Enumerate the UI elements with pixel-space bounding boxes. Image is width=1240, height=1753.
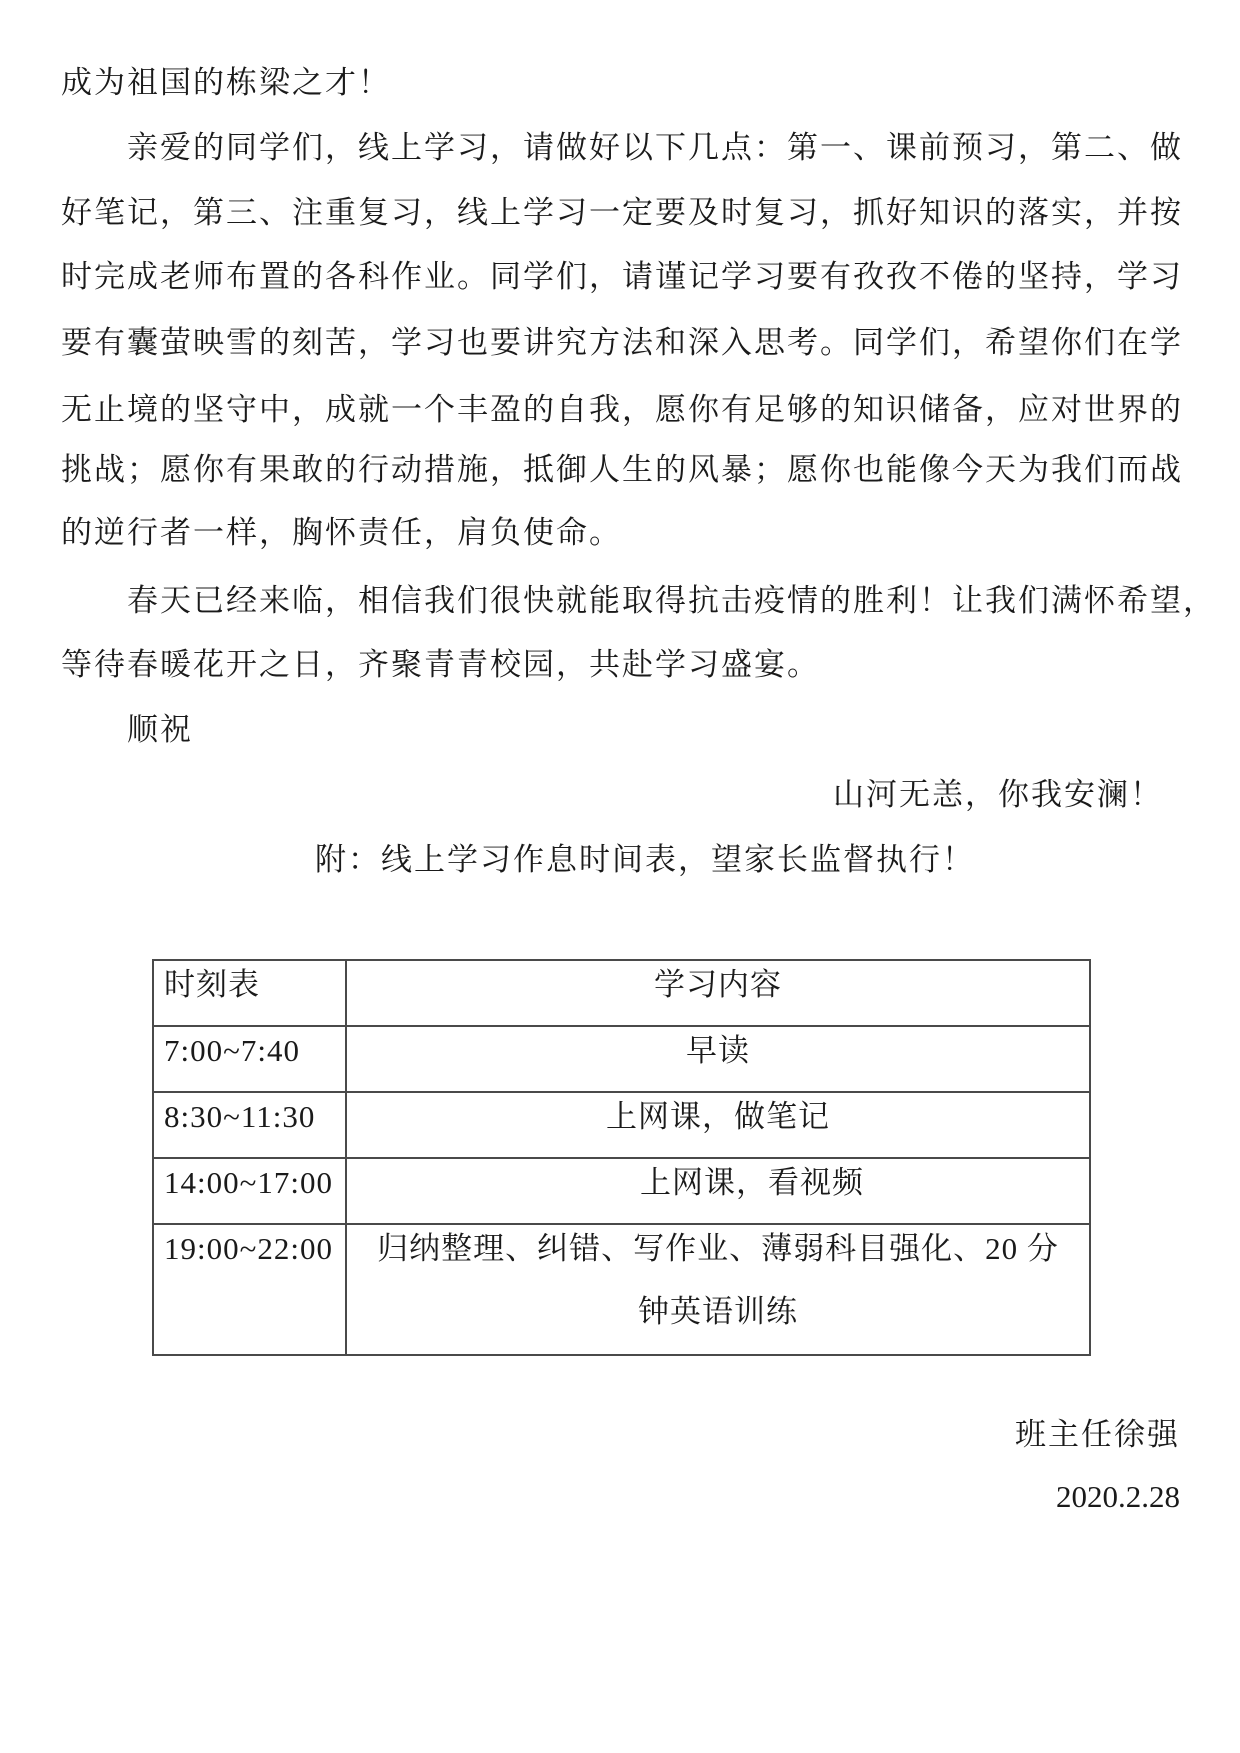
time-value: 8:30~11:30 [164,1093,345,1139]
paragraph-line: 无止境的坚守中，成就一个丰盈的自我，愿你有足够的知识储备，应对世界的 [61,390,1191,430]
paragraph-line: 时完成老师布置的各科作业。同学们，请谨记学习要有孜孜不倦的坚持，学习 [61,257,1191,297]
table-row: 7:00~7:40 早读 [153,1026,1090,1092]
time-value: 7:00~7:40 [164,1027,345,1073]
content-cell: 上网课，看视频 [346,1158,1090,1224]
content-value-line1: 归纳整理、纠错、写作业、薄弱科目强化、20 分 [347,1225,1089,1271]
paragraph-line: 亲爱的同学们，线上学习，请做好以下几点：第一、课前预习，第二、做 [127,128,1240,168]
appendix-note: 附：线上学习作息时间表，望家长监督执行！ [0,840,1240,880]
header-time-label: 时刻表 [164,961,345,1007]
content-value: 上网课，看视频 [347,1159,1089,1205]
paragraph-line: 等待春暖花开之日，齐聚青青校园，共赴学习盛宴。 [61,645,1191,685]
content-value-line2: 钟英语训练 [347,1271,1089,1334]
time-value: 14:00~17:00 [164,1159,345,1205]
time-cell: 14:00~17:00 [153,1158,346,1224]
signature-name: 班主任徐强 [1015,1415,1180,1455]
blessing-line: 山河无恙，你我安澜！ [833,775,1163,815]
paragraph-line: 要有囊萤映雪的刻苦，学习也要讲究方法和深入思考。同学们，希望你们在学 [61,323,1191,363]
header-content-label: 学习内容 [347,961,1089,1007]
closing-salutation: 顺祝 [127,710,1240,750]
header-content: 学习内容 [346,960,1090,1026]
paragraph-line: 成为祖国的栋梁之才！ [61,63,1191,103]
signature-date: 2020.2.28 [1056,1477,1180,1517]
content-value: 早读 [347,1027,1089,1073]
content-cell: 归纳整理、纠错、写作业、薄弱科目强化、20 分 钟英语训练 [346,1224,1090,1355]
time-value: 19:00~22:00 [164,1225,345,1271]
time-cell: 19:00~22:00 [153,1224,346,1355]
paragraph-line: 春天已经来临，相信我们很快就能取得抗击疫情的胜利！让我们满怀希望， [127,581,1240,621]
table-row: 14:00~17:00 上网课，看视频 [153,1158,1090,1224]
time-cell: 8:30~11:30 [153,1092,346,1158]
time-cell: 7:00~7:40 [153,1026,346,1092]
paragraph-line: 挑战；愿你有果敢的行动措施，抵御人生的风暴；愿你也能像今天为我们而战 [61,450,1191,490]
document-page: 成为祖国的栋梁之才！ 亲爱的同学们，线上学习，请做好以下几点：第一、课前预习，第… [0,0,1240,1753]
table-row: 19:00~22:00 归纳整理、纠错、写作业、薄弱科目强化、20 分 钟英语训… [153,1224,1090,1355]
content-value: 上网课，做笔记 [347,1093,1089,1139]
content-cell: 早读 [346,1026,1090,1092]
table-row: 8:30~11:30 上网课，做笔记 [153,1092,1090,1158]
schedule-table: 时刻表 学习内容 7:00~7:40 早读 8:30~11:30 上网课，做笔记 [152,959,1091,1356]
paragraph-line: 好笔记，第三、注重复习，线上学习一定要及时复习，抓好知识的落实，并按 [61,193,1191,233]
header-time: 时刻表 [153,960,346,1026]
content-cell: 上网课，做笔记 [346,1092,1090,1158]
table-header-row: 时刻表 学习内容 [153,960,1090,1026]
paragraph-line: 的逆行者一样，胸怀责任，肩负使命。 [61,513,1191,553]
